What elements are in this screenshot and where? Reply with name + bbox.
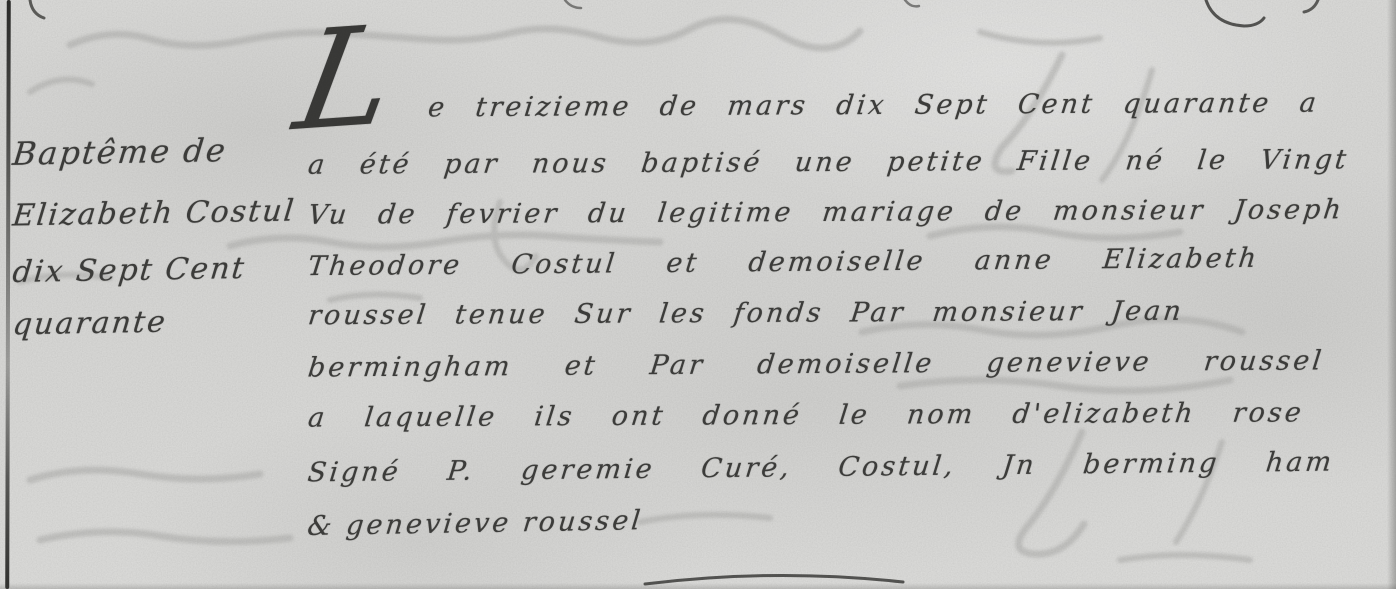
body-line: roussel tenue Sur les fonds Par monsieur… (305, 296, 1185, 341)
document-scan: Baptême de Elizabeth Costul dix Sept Cen… (0, 0, 1396, 589)
margin-note-line: Elizabeth Costul (11, 194, 297, 234)
scan-edge-shadow (1387, 0, 1396, 589)
margin-note-line: Baptême de (11, 131, 229, 173)
body-line: Theodore Costul et demoiselle anne Eliza… (305, 243, 1261, 291)
body-line: Vu de fevrier du legitime mariage de mon… (305, 194, 1345, 239)
body-line: bermingham et Par demoiselle genevieve r… (305, 345, 1325, 392)
scan-edge-shadow-bottom (0, 583, 1396, 589)
margin-note-line: dix Sept Cent (11, 251, 248, 290)
body-line: e treizieme de mars dix Sept Cent quaran… (425, 88, 1320, 133)
body-line: a été par nous baptisé une petite Fille … (305, 144, 1350, 189)
margin-note-line: quarante (11, 305, 169, 343)
body-line: a laquelle ils ont donné le nom d'elizab… (305, 397, 1305, 442)
